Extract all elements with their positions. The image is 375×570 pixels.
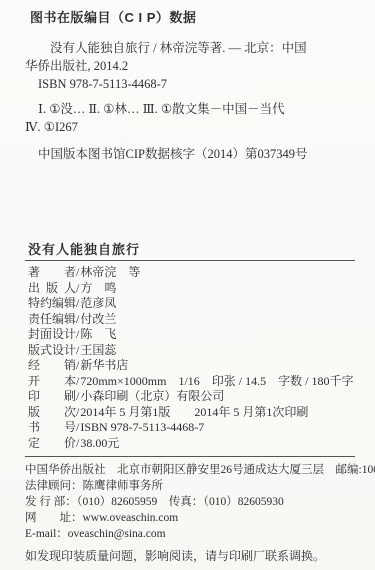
- colophon-separator: /: [76, 327, 79, 341]
- colophon-separator: /: [76, 389, 79, 403]
- cip-description-block: 没有人能独自旅行 / 林帝浣等著. — 北京：中国 华侨出版社, 2014.2 …: [25, 39, 355, 93]
- colophon-label: 经销: [28, 358, 76, 374]
- colophon-separator: /: [76, 436, 79, 450]
- colophon-value: 方 鸣: [80, 281, 116, 295]
- cip-header: 图书在版编目（C I P）数据: [30, 10, 355, 26]
- colophon-row: 出版人/方 鸣: [28, 281, 355, 297]
- colophon-row: 印刷/小森印刷（北京）有限公司: [28, 389, 355, 405]
- colophon-value: 范彦凤: [80, 296, 116, 310]
- colophon-row: 特约编辑/范彦凤: [28, 296, 355, 312]
- colophon-value: ISBN 978-7-5113-4468-7: [80, 420, 204, 434]
- colophon-label: 开本: [28, 374, 76, 390]
- cip-classification-block: Ⅰ. ①没… Ⅱ. ①林… Ⅲ. ①散文集－中国－当代 Ⅳ. ①I267: [25, 100, 355, 136]
- website-line: 网 址：www.oveaschin.com: [25, 510, 355, 526]
- colophon-value: 新华书店: [80, 358, 128, 372]
- colophon-row: 版式设计/王国蕊: [28, 343, 355, 359]
- colophon-separator: /: [76, 265, 79, 279]
- colophon-label: 印刷: [28, 389, 76, 405]
- colophon-row: 经销/新华书店: [28, 358, 355, 374]
- cip-class-line-1: Ⅰ. ①没… Ⅱ. ①林… Ⅲ. ①散文集－中国－当代: [25, 100, 355, 118]
- colophon-label: 封面设计: [28, 327, 76, 343]
- colophon-label: 书号: [28, 420, 76, 436]
- quality-notice: 如发现印装质量问题，影响阅读，请与印刷厂联系调换。: [25, 549, 355, 564]
- copyright-page: 图书在版编目（C I P）数据 没有人能独自旅行 / 林帝浣等著. — 北京：中…: [0, 0, 375, 570]
- colophon-label: 版次: [28, 405, 76, 421]
- colophon-separator: /: [76, 343, 79, 357]
- cip-registry-line: 中国版本图书馆CIP数据核字（2014）第037349号: [25, 145, 355, 163]
- email-line: E-mail：oveaschin@sina.com: [25, 526, 355, 542]
- colophon-separator: /: [76, 281, 79, 295]
- colophon-value: 小森印刷（北京）有限公司: [80, 389, 224, 403]
- cip-isbn-line: ISBN 978-7-5113-4468-7: [25, 75, 355, 93]
- cip-title-line: 没有人能独自旅行 / 林帝浣等著. — 北京：中国: [25, 39, 355, 57]
- book-title: 没有人能独自旅行: [28, 242, 355, 258]
- colophon-label: 特约编辑: [28, 296, 76, 312]
- legal-counsel-line: 法律顾问：陈鹰律师事务所: [25, 478, 355, 494]
- colophon-separator: /: [76, 358, 79, 372]
- colophon-label: 责任编辑: [28, 312, 76, 328]
- colophon-separator: /: [76, 405, 79, 419]
- cip-class-line-2: Ⅳ. ①I267: [25, 118, 355, 136]
- colophon-label: 定价: [28, 436, 76, 452]
- colophon-row: 著者/林帝浣 等: [28, 265, 355, 281]
- colophon-value: 720mm×1000mm 1/16 印张 / 14.5 字数 / 180千字: [80, 374, 353, 388]
- publisher-info-block: 中国华侨出版社 北京市朝阳区静安里26号通成达大厦三层 邮编:100028 法律…: [25, 462, 355, 542]
- colophon-value: 陈 飞: [80, 327, 116, 341]
- colophon-value: 林帝浣 等: [80, 265, 140, 279]
- colophon-value: 付改兰: [80, 312, 116, 326]
- colophon-row: 版次/2014年 5 月第1版 2014年 5 月第1次印刷: [28, 405, 355, 421]
- title-rule-divider: [25, 260, 355, 261]
- publisher-address-line: 中国华侨出版社 北京市朝阳区静安里26号通成达大厦三层 邮编:100028: [25, 462, 355, 478]
- distribution-phone-line: 发 行 部：（010）82605959 传真：（010）82605930: [25, 494, 355, 510]
- colophon-row: 责任编辑/付改兰: [28, 312, 355, 328]
- colophon-row: 开本/720mm×1000mm 1/16 印张 / 14.5 字数 / 180千…: [28, 374, 355, 390]
- footer-rule-divider: [25, 456, 355, 457]
- colophon-label: 出版人: [28, 281, 76, 297]
- colophon-row: 定价/38.00元: [28, 436, 355, 452]
- colophon-value: 王国蕊: [80, 343, 116, 357]
- colophon-separator: /: [76, 420, 79, 434]
- colophon-separator: /: [76, 312, 79, 326]
- colophon-row: 书号/ISBN 978-7-5113-4468-7: [28, 420, 355, 436]
- colophon-label: 版式设计: [28, 343, 76, 359]
- colophon-separator: /: [76, 296, 79, 310]
- colophon-label: 著者: [28, 265, 76, 281]
- colophon-list: 著者/林帝浣 等 出版人/方 鸣 特约编辑/范彦凤 责任编辑/付改兰 封面设计/…: [28, 265, 355, 451]
- colophon-row: 封面设计/陈 飞: [28, 327, 355, 343]
- colophon-separator: /: [76, 374, 79, 388]
- cip-publisher-line: 华侨出版社, 2014.2: [25, 57, 355, 75]
- colophon-value: 38.00元: [80, 436, 119, 450]
- colophon-value: 2014年 5 月第1版 2014年 5 月第1次印刷: [80, 405, 308, 419]
